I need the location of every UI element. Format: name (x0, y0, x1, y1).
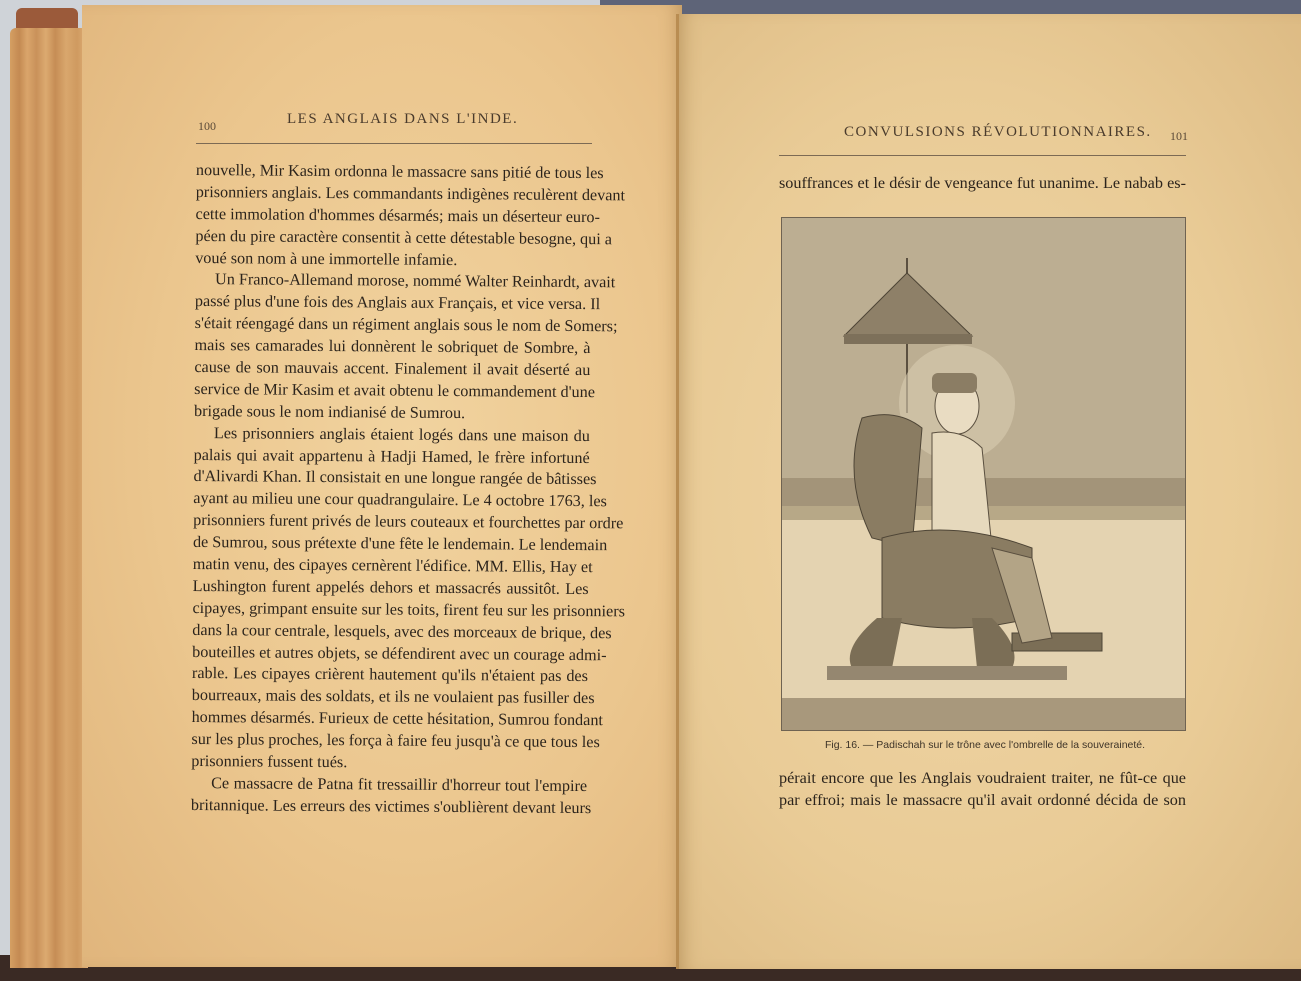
figure-caption: Fig. 16. — Padischah sur le trône avec l… (780, 739, 1190, 751)
text-line: prisonniers anglais. Les commandants ind… (196, 182, 592, 207)
text-line: cette immolation d'hommes désarmés; mais… (195, 204, 591, 229)
text-line: prisonniers furent privés de leurs coute… (193, 510, 589, 535)
page-number-left: 100 (198, 119, 216, 134)
text-line: péen du pire caractère consentit à cette… (195, 226, 591, 251)
running-head-left: LES ANGLAIS DANS L'INDE. (287, 111, 518, 128)
text-line: souffrances et le désir de vengeance fut… (779, 173, 1186, 195)
text-line: ayant au milieu une cour quadrangulaire.… (193, 488, 589, 513)
header-rule-left (196, 143, 592, 144)
text-line: Les prisonniers anglais étaient logés da… (194, 423, 590, 448)
figure-illustration (781, 217, 1186, 731)
text-line: bouteilles et autres objets, se défendir… (192, 642, 588, 667)
text-line: nouvelle, Mir Kasim ordonna le massacre … (196, 160, 592, 185)
text-line: hommes désarmés. Furieux de cette hésita… (192, 707, 588, 732)
running-head-right: CONVULSIONS RÉVOLUTIONNAIRES. (844, 124, 1152, 141)
text-line: brigade sous le nom indianisé de Sumrou. (194, 401, 590, 426)
text-line: voué son nom à une immortelle infamie. (195, 248, 591, 273)
text-line: Un Franco-Allemand morose, nommé Walter … (195, 269, 591, 294)
text-line: cause de son mauvais accent. Finalement … (194, 357, 590, 382)
text-line: passé plus d'une fois des Anglais aux Fr… (195, 291, 591, 316)
text-line: dans la cour centrale, lesquels, avec de… (192, 620, 588, 645)
text-line: mais ses camarades lui donnèrent le sobr… (194, 335, 590, 360)
text-line: bourreaux, mais des soldats, et ils ne v… (192, 685, 588, 710)
text-line: rable. Les cipayes crièrent hautement qu… (192, 663, 588, 688)
page-stack-edge (10, 28, 88, 968)
text-line: sur les plus proches, les força à faire … (191, 729, 587, 754)
text-line: pérait encore que les Anglais voudraient… (779, 768, 1186, 790)
right-page-body-top: souffrances et le désir de vengeance fut… (779, 173, 1186, 195)
text-line: cipayes, grimpant ensuite sur les toits,… (192, 598, 588, 623)
text-line: palais qui avait appartenu à Hadji Hamed… (194, 445, 590, 470)
text-line: s'était réengagé dans un régiment anglai… (195, 313, 591, 338)
text-line: service de Mir Kasim et avait obtenu le … (194, 379, 590, 404)
emperor-throne-engraving-icon (782, 218, 1186, 731)
right-page-body-bottom: pérait encore que les Anglais voudraient… (779, 768, 1186, 812)
page-number-right: 101 (1170, 129, 1188, 144)
text-line: par effroi; mais le massacre qu'il avait… (779, 790, 1186, 812)
text-line: de Sumrou, sous prétexte d'une fête le l… (193, 532, 589, 557)
header-rule-right (779, 155, 1186, 156)
left-page-body: nouvelle, Mir Kasim ordonna le massacre … (191, 160, 592, 820)
text-line: britannique. Les erreurs des victimes s'… (191, 795, 587, 820)
text-line: d'Alivardi Khan. Il consistait en une lo… (193, 466, 589, 491)
text-line: Lushington furent appelés dehors et mass… (193, 576, 589, 601)
text-line: Ce massacre de Patna fit tressaillir d'h… (191, 773, 587, 798)
text-line: matin venu, des cipayes cernèrent l'édif… (193, 554, 589, 579)
book-gutter (676, 14, 679, 969)
text-line: prisonniers fussent tués. (191, 751, 587, 776)
